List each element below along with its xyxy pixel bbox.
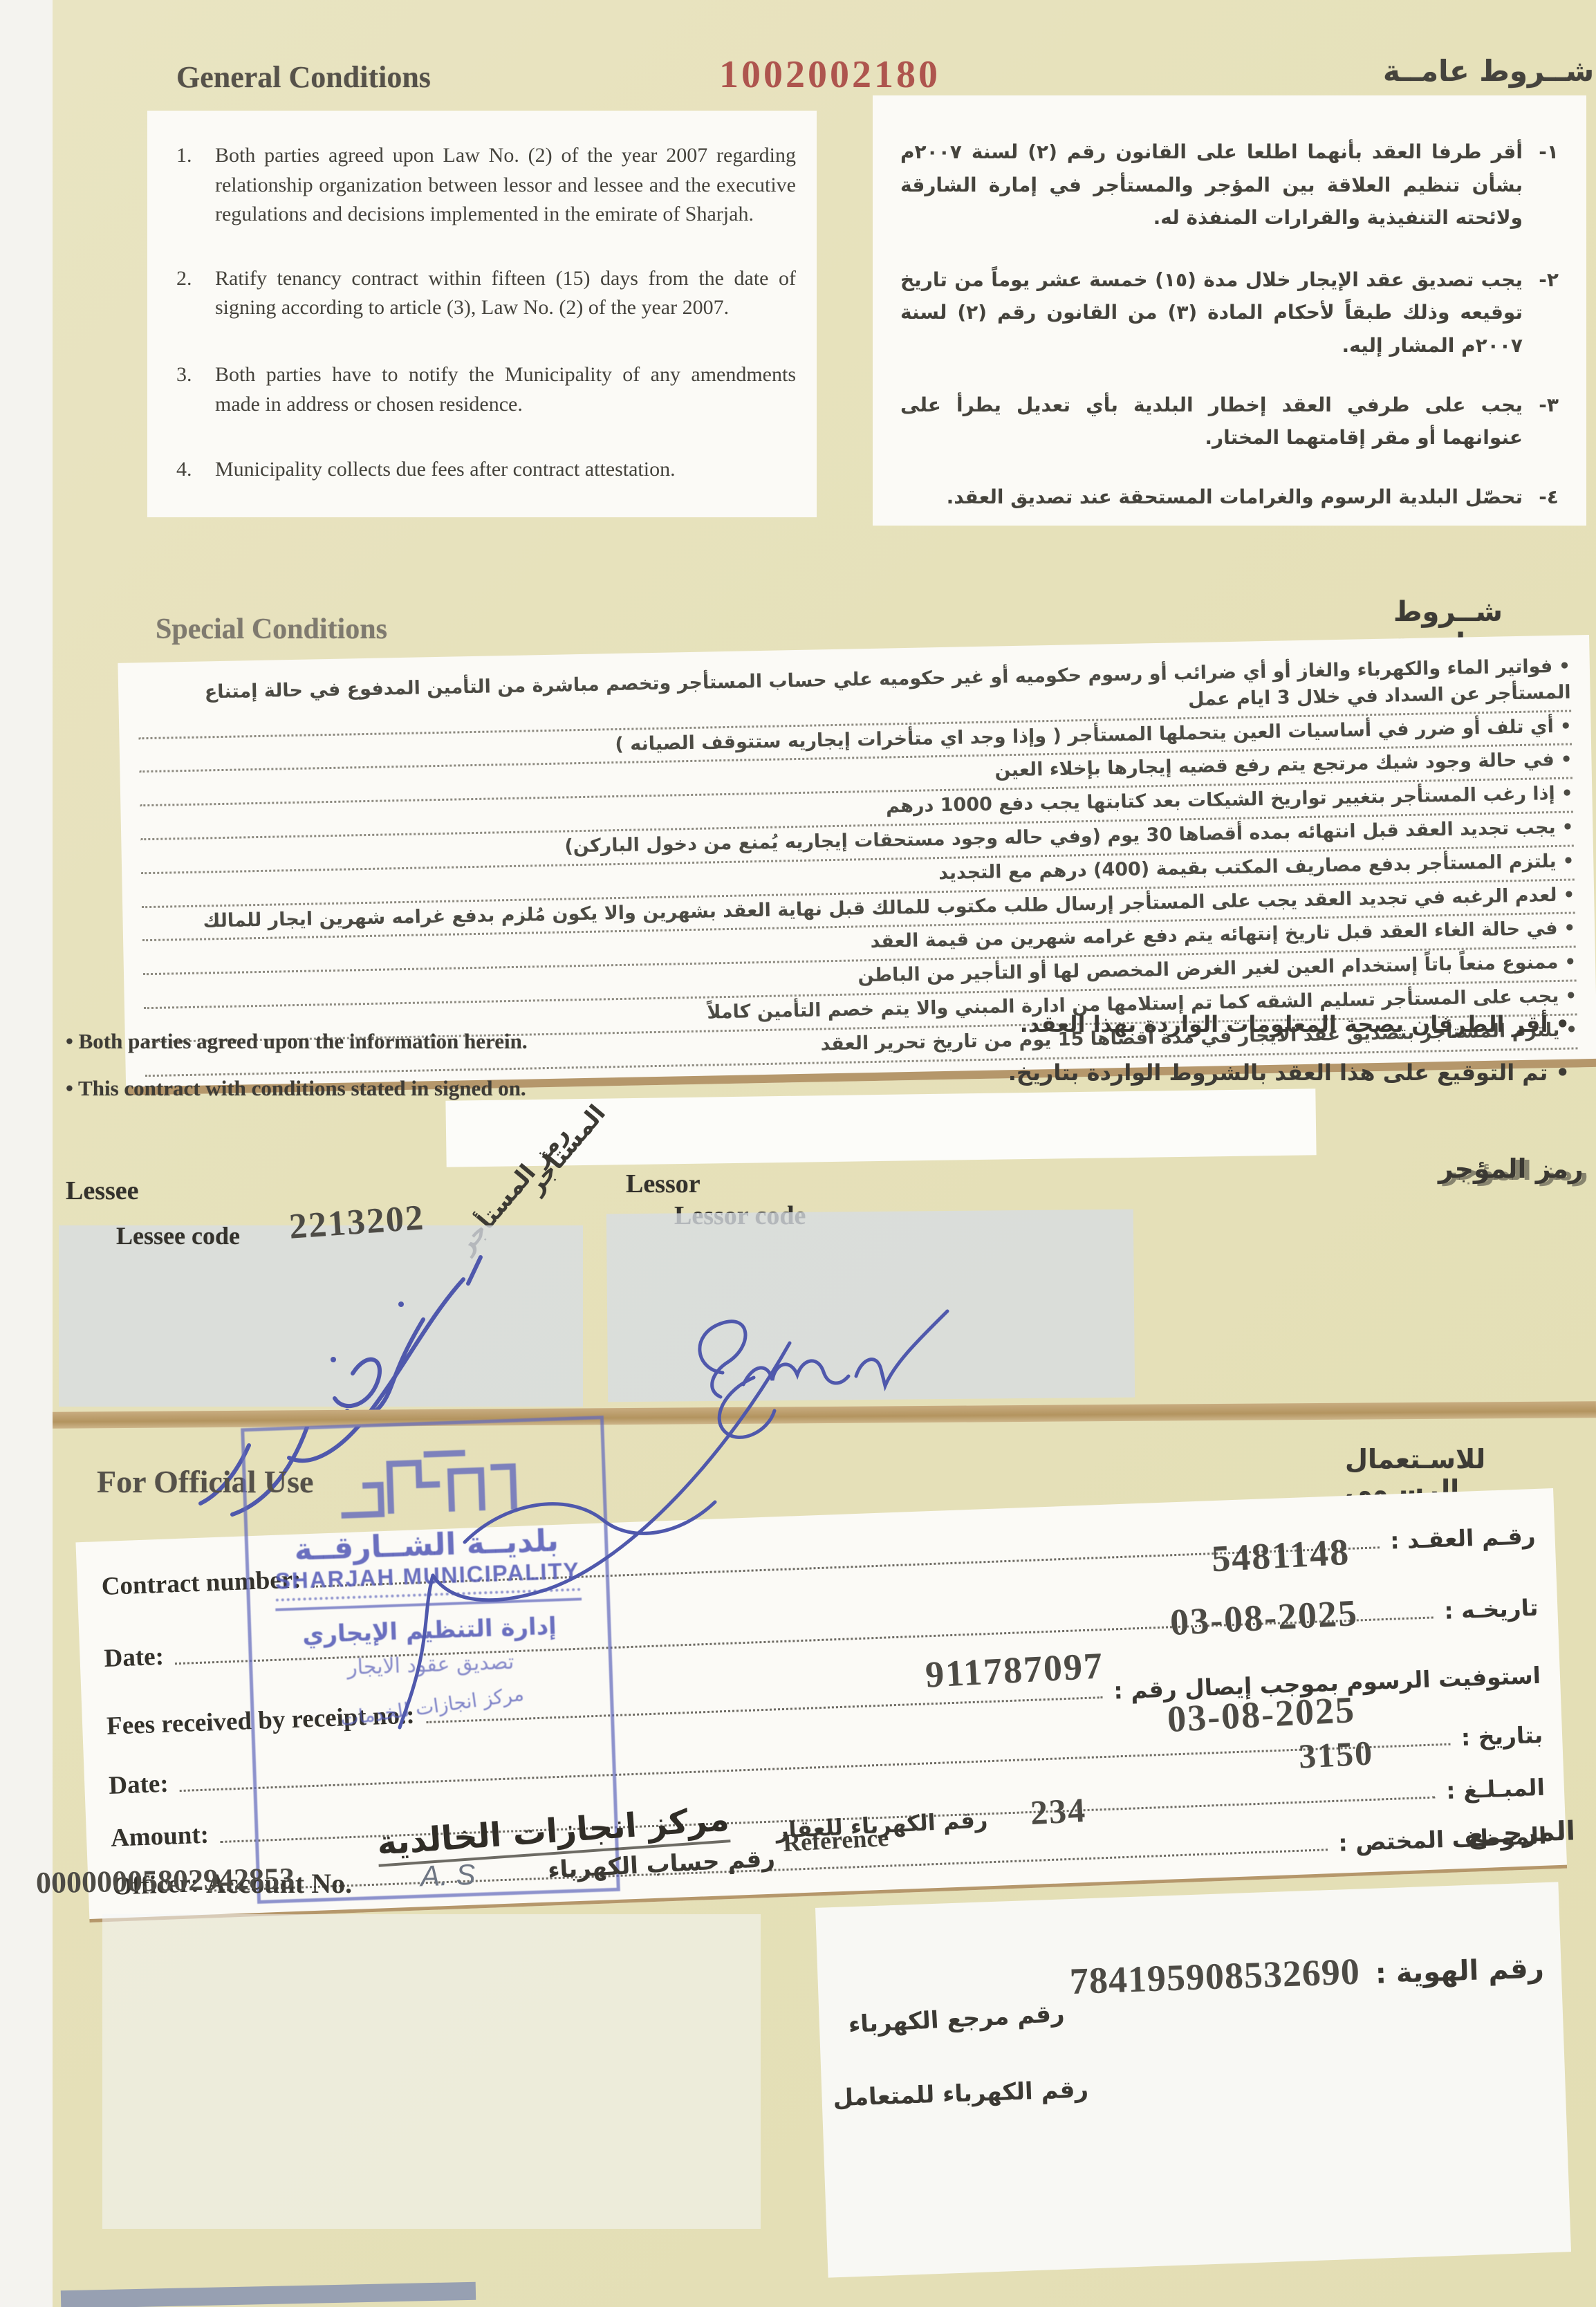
general-conditions-box-ar: ١- أقر طرفا العقد بأنهما اطلعا على القان…: [873, 95, 1586, 526]
scanned-contract-page: General Conditions 1002002180 شــروط عام…: [0, 0, 1596, 2307]
account-no-value: 00000005802942853: [36, 1861, 295, 1901]
id-number-row: رقم الهوية : 784195908532690: [1069, 1943, 1545, 2003]
item-number: 4.: [176, 455, 215, 485]
item-text: أقر طرفا العقد بأنهما اطلعا على القانون …: [900, 136, 1523, 234]
reference-label-ar: المرجــع: [1467, 1815, 1575, 1849]
general-condition-ar-1: ١- أقر طرفا العقد بأنهما اطلعا على القان…: [900, 136, 1559, 234]
footer-left-panel: [102, 1914, 761, 2229]
item-number: ٤-: [1523, 481, 1559, 514]
row-label-ar: المبـلـغ :: [1446, 1774, 1546, 1804]
item-number: ٢-: [1523, 263, 1559, 362]
lessee-label: Lessee: [66, 1176, 139, 1206]
item-text: يجب على طرفي العقد إخطار البلدية بأي تعد…: [900, 389, 1523, 454]
general-condition-ar-2: ٢- يجب تصديق عقد الإيجار خلال مدة (١٥) خ…: [900, 263, 1559, 362]
item-number: ٣-: [1523, 389, 1559, 454]
row-label-en: Date:: [109, 1769, 169, 1801]
lessor-code-label-ar: رمز المؤجر: [1438, 1153, 1584, 1184]
confirmation-ar-2: • تم التوقيع على هذا العقد بالشروط الوار…: [795, 1059, 1570, 1086]
general-conditions-title-en: General Conditions: [176, 59, 431, 95]
electricity-customer-label-ar: رقم الكهرباء للمتعامل: [833, 2075, 1089, 2112]
electricity-ref-label-ar: رقم مرجع الكهرباء: [848, 2000, 1065, 2039]
officer-number-value: 234: [1030, 1790, 1088, 1833]
item-number: ١-: [1523, 136, 1559, 234]
account-handwritten-initials: A. S: [420, 1858, 476, 1893]
id-number-value: 784195908532690: [1069, 1950, 1361, 2003]
general-condition-en-2: 2. Ratify tenancy contract within fiftee…: [176, 264, 796, 323]
row-label-en: Amount:: [110, 1820, 209, 1853]
general-conditions-box-en: 1. Both parties agreed upon Law No. (2) …: [147, 111, 817, 517]
item-number: 1.: [176, 141, 215, 230]
general-condition-ar-4: ٤- تحصّل البلدية الرسوم والغرامات المستح…: [900, 481, 1559, 514]
special-conditions-title-en: Special Conditions: [156, 613, 387, 646]
item-text: Ratify tenancy contract within fifteen (…: [215, 264, 796, 323]
item-text: Both parties agreed upon Law No. (2) of …: [215, 141, 796, 230]
id-number-label: رقم الهوية :: [1375, 1952, 1544, 1990]
row-label-ar: بتاريخ :: [1460, 1721, 1543, 1751]
lessor-label: Lessor: [626, 1169, 700, 1199]
item-text: Both parties have to notify the Municipa…: [215, 360, 796, 419]
confirmation-en-2: • This contract with conditions stated i…: [66, 1076, 526, 1101]
general-condition-en-1: 1. Both parties agreed upon Law No. (2) …: [176, 141, 796, 230]
item-text: يجب تصديق عقد الإيجار خلال مدة (١٥) خمسة…: [900, 263, 1523, 362]
general-condition-en-4: 4. Municipality collects due fees after …: [176, 455, 796, 485]
item-text: تحصّل البلدية الرسوم والغرامات المستحقة …: [900, 481, 1523, 514]
row-label-en: Date:: [104, 1642, 165, 1674]
officer-signature: [366, 1314, 823, 1743]
footer-right-panel: رقم الهوية : 784195908532690 رقم مرجع ال…: [815, 1882, 1571, 2277]
general-condition-en-3: 3. Both parties have to notify the Munic…: [176, 360, 796, 419]
confirmation-en-1: • Both parties agreed upon the informati…: [66, 1029, 528, 1054]
item-number: 3.: [176, 360, 215, 419]
general-condition-ar-3: ٣- يجب على طرفي العقد إخطار البلدية بأي …: [900, 389, 1559, 454]
amount-value: 3150: [1298, 1732, 1375, 1777]
item-text: Municipality collects due fees after con…: [215, 455, 796, 485]
confirmation-ar-1: • أقر الطرفان بصحة المعلومات الواردة بهذ…: [795, 1011, 1570, 1037]
contract-serial-number: 1002002180: [719, 53, 940, 97]
general-conditions-title-ar: شــروط عامــة: [1383, 54, 1594, 88]
row-label-ar: رقـم العقـد :: [1390, 1522, 1537, 1555]
item-number: 2.: [176, 264, 215, 323]
row-label-ar: تاريخـه :: [1444, 1594, 1539, 1624]
receipt-number-value: 5481148: [1211, 1530, 1351, 1580]
